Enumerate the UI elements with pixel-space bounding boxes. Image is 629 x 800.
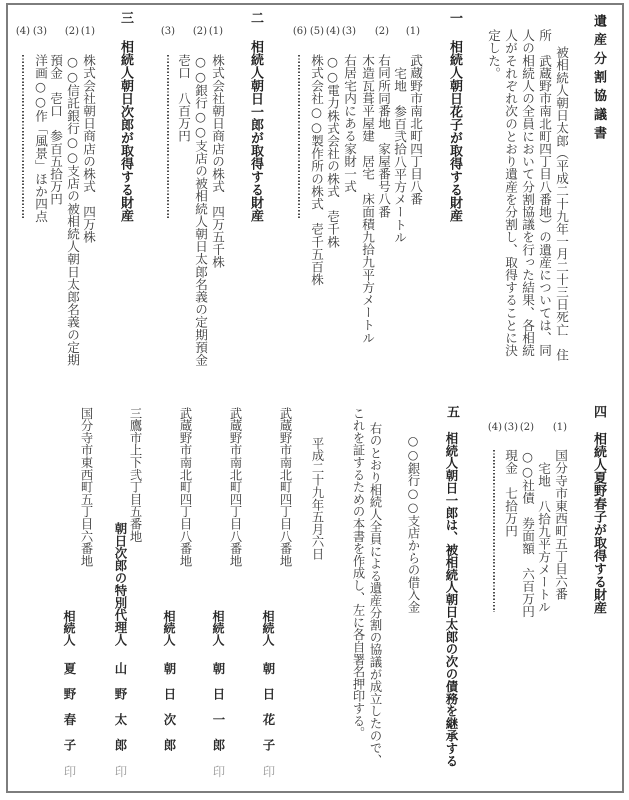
seal-mark: 印	[210, 765, 226, 777]
item-text: ○○銀行○○支店の被相続人朝日太郎名義の定期預金	[192, 54, 208, 366]
item-text: 右居宅内にある家財一式	[341, 54, 357, 193]
item-label: (1)	[549, 422, 571, 434]
preamble-line: 人の相続人の全員において分割協議を行った結果、各相続	[519, 29, 535, 357]
preamble-line: 被相続人朝日太郎（平成二十九年一月二十三日死亡 住	[553, 46, 569, 361]
section-heading: 相続人朝日一郎は、被相続人朝日太郎の次の債務を継承する	[443, 432, 459, 767]
item-text: 洋画○○作「風景」ほか四点	[32, 54, 48, 223]
item-text: 木造瓦葺平屋建 居宅 床面積九拾九平方メートル	[359, 54, 375, 344]
item-label: (1)	[402, 26, 424, 38]
item-text: 預金 壱口 参百五拾万円	[47, 54, 63, 205]
section-numeral: 一	[446, 11, 462, 24]
signatory-role: 相続人	[161, 610, 177, 646]
seal-mark: 印	[260, 765, 276, 777]
item-label: (4)	[484, 422, 506, 434]
item-label: (2)	[189, 26, 211, 38]
preamble-line: 人がそれぞれ次のとおり遺産を分割し、取得することに決	[502, 29, 518, 357]
signatory-role: 相続人	[61, 610, 77, 646]
section-heading: 相続人朝日花子が取得する財産	[446, 40, 462, 222]
document-title: 遺産分割協議書	[590, 14, 606, 145]
item-text: ○○信託銀行○○支店の被相続人朝日太郎名義の定期	[64, 54, 80, 366]
item-text: ○○電力株式会社の株式 壱千株	[324, 54, 340, 248]
item-text: 壱口 八百万円	[175, 54, 191, 142]
blank-dotted-line	[22, 55, 24, 218]
item-text: ○○社債 券面額 六百万円	[519, 449, 535, 618]
signatory-role: 相続人	[210, 610, 226, 646]
item-text: 株式会社○○製作所の株式 壱千五百株	[308, 54, 324, 286]
agreement-date: 平成二十九年五月六日	[309, 437, 325, 560]
item-text: 国分寺市東西町五丁目六番	[552, 449, 568, 600]
item-text: 株式会社朝日商店の株式 四万株	[80, 54, 96, 243]
section-heading: 相続人朝日次郎が取得する財産	[117, 40, 133, 222]
section-numeral: 五	[443, 405, 459, 418]
item-text: 右同所同番地 家屋番号八番	[375, 54, 391, 218]
item-text: 株式会社朝日商店の株式 四万五千株	[209, 54, 225, 268]
item-label: (2)	[61, 26, 83, 38]
signatory-address: 三鷹市上下弐丁目五番地	[127, 407, 143, 542]
signatory-address: 国分寺市東西町五丁目六番地	[78, 407, 94, 567]
item-text: 宅地 八拾九平方メートル	[535, 462, 551, 613]
section-heading: 相続人朝日一郎が取得する財産	[247, 40, 263, 222]
item-text: 現金 七拾万円	[502, 449, 518, 537]
signatory-name: 山野太郎	[112, 662, 128, 764]
seal-mark: 印	[61, 765, 77, 777]
preamble-line: 所 武蔵野市南北町四丁目八番地）の遺産については、同	[536, 29, 552, 357]
item-label: (3)	[157, 26, 179, 38]
item-text: 宅地 参百弐拾八平方メートル	[391, 67, 407, 243]
item-label: (6)	[289, 26, 311, 38]
preamble-line: 定した。	[485, 29, 501, 79]
section-numeral: 二	[247, 11, 263, 24]
item-label: (4)	[12, 26, 34, 38]
closing-line: これを証するための本書を作成し、左に各自署名押印する。	[350, 407, 366, 739]
debt-item: ○○銀行○○支店からの借入金	[405, 434, 421, 613]
section-heading: 相続人夏野春子が取得する財産	[590, 432, 606, 614]
signatory-name: 朝日一郎	[210, 662, 226, 764]
seal-mark: 印	[112, 765, 128, 777]
section-numeral: 三	[117, 11, 133, 24]
signatory-role: 朝日次郎の特別代理人	[112, 522, 128, 646]
signatory-name: 朝日次郎	[161, 662, 177, 764]
signatory-address: 武蔵野市南北町四丁目八番地	[227, 407, 243, 567]
item-text: 武蔵野市南北町四丁目八番	[407, 54, 423, 205]
section-numeral: 四	[590, 405, 606, 418]
signatory-address: 武蔵野市南北町四丁目八番地	[277, 407, 293, 567]
signatory-name: 朝日花子	[260, 662, 276, 764]
blank-dotted-line	[298, 55, 300, 218]
signatory-role: 相続人	[260, 610, 276, 646]
blank-dotted-line	[493, 450, 495, 612]
signatory-address: 武蔵野市南北町四丁目八番地	[177, 407, 193, 567]
closing-line: 右のとおり相続人全員による遺産分割の協議が成立したので、	[367, 422, 383, 766]
blank-dotted-line	[167, 55, 169, 218]
signatory-name: 夏野春子	[61, 662, 77, 764]
item-label: (2)	[371, 26, 393, 38]
